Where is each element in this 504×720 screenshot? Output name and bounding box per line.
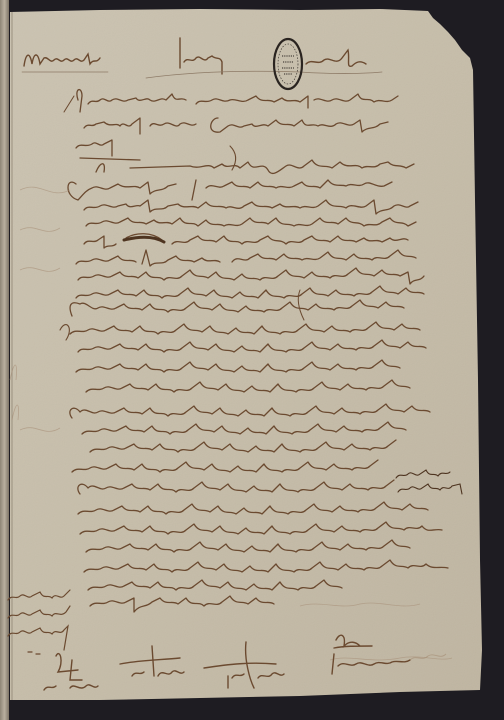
manuscript-scan: [0, 0, 504, 720]
manuscript-page: [0, 0, 504, 720]
